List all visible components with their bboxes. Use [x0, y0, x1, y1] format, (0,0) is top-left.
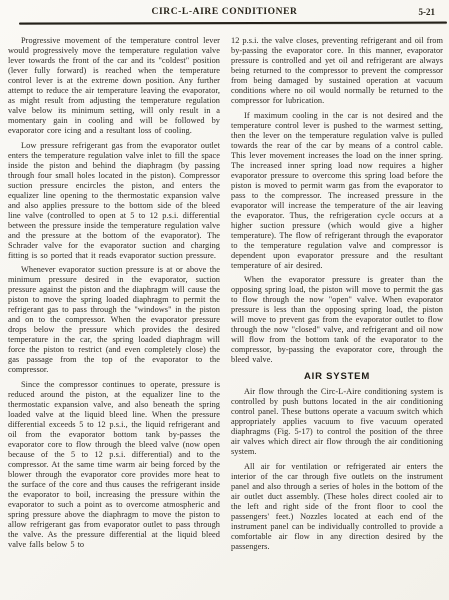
manual-page: CIRC-L-AIRE CONDITIONER 5-21 Progressive…: [0, 0, 449, 600]
paragraph: Low pressure refrigerant gas from the ev…: [8, 141, 220, 261]
paragraph: Whenever evaporator suction pressure is …: [8, 265, 220, 375]
left-column: Progressive movement of the temperature …: [8, 36, 220, 556]
page-number: 5-21: [419, 7, 436, 17]
paragraph: Progressive movement of the temperature …: [8, 36, 220, 136]
paragraph: Air flow through the Circ-L-Aire conditi…: [231, 387, 443, 457]
paragraph: 12 p.s.i. the valve closes, preventing r…: [231, 36, 443, 106]
right-column: 12 p.s.i. the valve closes, preventing r…: [231, 36, 443, 556]
page-header-title: CIRC-L-AIRE CONDITIONER: [0, 7, 449, 17]
section-heading-air-system: AIR SYSTEM: [231, 371, 443, 382]
header-divider-rule: [19, 22, 447, 25]
paragraph: All air for ventilation or refrigerated …: [231, 462, 443, 552]
paragraph: When the evaporator pressure is greater …: [231, 275, 443, 365]
page-header: CIRC-L-AIRE CONDITIONER 5-21: [0, 7, 449, 21]
paragraph: Since the compressor continues to operat…: [8, 380, 220, 550]
paragraph: If maximum cooling in the car is not des…: [231, 111, 443, 271]
text-columns: Progressive movement of the temperature …: [8, 36, 443, 556]
